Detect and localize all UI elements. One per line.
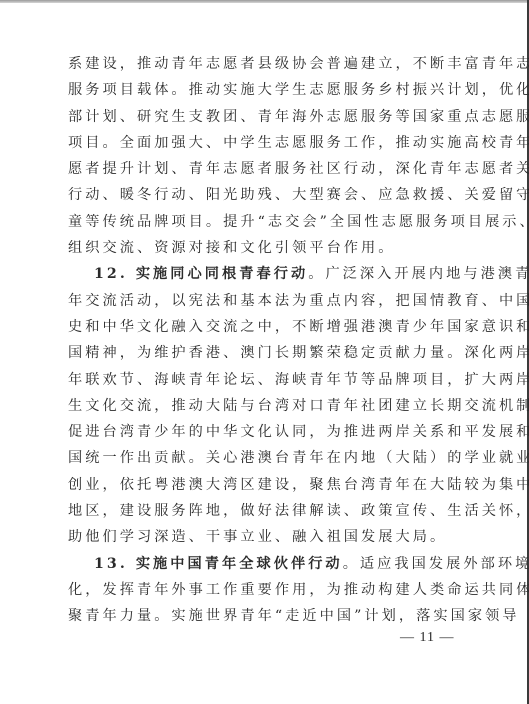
item-13-intro: 。适应我国发展外部环境变 [343, 556, 529, 572]
page-top-edge [0, 0, 529, 3]
text-line: 创业，依托粤港澳大湾区建设，聚焦台湾青年在大陆较为集中的 [68, 472, 456, 498]
text-line: 童等传统品牌项目。提升“志交会”全国性志愿服务项目展示、 [68, 209, 456, 235]
paragraph-item-12: 12. 实施同心同根青春行动。广泛深入开展内地与港澳青少 年交流活动，以宪法和基… [68, 261, 456, 550]
page-number: — 11 — [400, 630, 454, 646]
text-line: 生文化交流，推动大陆与台湾对口青年社团建立长期交流机制， [68, 393, 456, 419]
text-line: 服务项目载体。推动实施大学生志愿服务乡村振兴计划，优化西 [68, 77, 456, 103]
document-page: 系建设，推动青年志愿者县级协会普遍建立，不断丰富青年志愿 服务项目载体。推动实施… [68, 51, 456, 630]
text-line: 系建设，推动青年志愿者县级协会普遍建立，不断丰富青年志愿 [68, 51, 456, 77]
item-12-intro: 。广泛深入开展内地与港澳青少 [308, 266, 529, 282]
text-line: 化，发挥青年外事工作重要作用，为推动构建人类命运共同体凝 [68, 577, 456, 603]
text-line: 国精神，为维护香港、澳门长期繁荣稳定贡献力量。深化两岸青 [68, 340, 456, 366]
text-line: 国统一作出贡献。关心港澳台青年在内地（大陆）的学业就业 [68, 445, 456, 471]
text-line: 促进台湾青少年的中华文化认同，为推进两岸关系和平发展和祖 [68, 419, 456, 445]
text-line: 地区，建设服务阵地，做好法律解读、政策宣传、生活关怀，帮 [68, 498, 456, 524]
item-13-heading: 13. 实施中国青年全球伙伴行动 [94, 556, 343, 572]
text-line: 13. 实施中国青年全球伙伴行动。适应我国发展外部环境变 [68, 551, 456, 577]
text-line: 年交流活动，以宪法和基本法为重点内容，把国情教育、中国历 [68, 288, 456, 314]
text-line: 助他们学习深造、干事立业、融入祖国发展大局。 [68, 524, 456, 550]
text-line: 部计划、研究生支教团、青年海外志愿服务等国家重点志愿服务 [68, 104, 456, 130]
text-line: 愿者提升计划、青年志愿者服务社区行动，深化青年志愿者关爱 [68, 156, 456, 182]
text-line: 组织交流、资源对接和文化引领平台作用。 [68, 235, 456, 261]
text-line: 行动、暖冬行动、阳光助残、大型赛会、应急救援、关爱留守儿 [68, 182, 456, 208]
paragraph-item-13: 13. 实施中国青年全球伙伴行动。适应我国发展外部环境变 化，发挥青年外事工作重… [68, 551, 456, 630]
item-12-heading: 12. 实施同心同根青春行动 [94, 266, 308, 282]
text-line: 项目。全面加强大、中学生志愿服务工作，推动实施高校青年志 [68, 130, 456, 156]
text-line: 史和中华文化融入交流之中，不断增强港澳青少年国家意识和爱 [68, 314, 456, 340]
text-line: 聚青年力量。实施世界青年“走近中国”计划，落实国家领导 [68, 603, 456, 629]
text-line: 12. 实施同心同根青春行动。广泛深入开展内地与港澳青少 [68, 261, 456, 287]
paragraph-volunteer-services: 系建设，推动青年志愿者县级协会普遍建立，不断丰富青年志愿 服务项目载体。推动实施… [68, 51, 456, 261]
text-line: 年联欢节、海峡青年论坛、海峡青年节等品牌项目，扩大两岸学 [68, 367, 456, 393]
